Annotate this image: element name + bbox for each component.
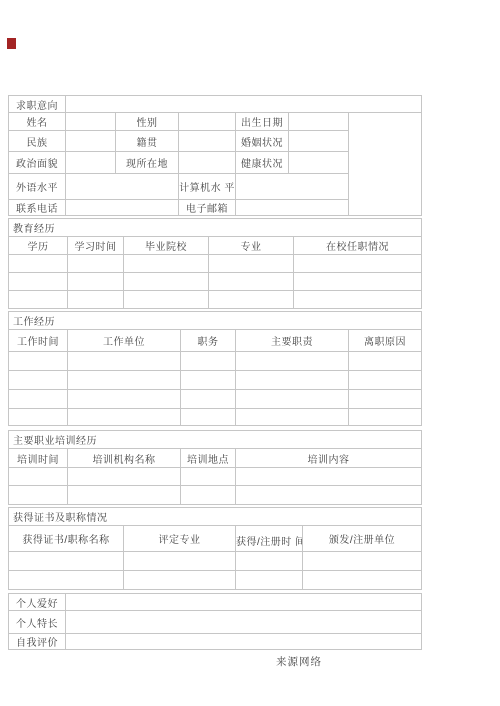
empty-cell	[68, 255, 124, 273]
hobby-value-cell	[66, 594, 422, 611]
red-marker	[7, 38, 16, 49]
table-row: 姓名 性别 出生日期	[9, 113, 422, 131]
training-location-header: 培训地点	[181, 449, 236, 468]
table-row	[9, 486, 422, 505]
empty-cell	[294, 255, 422, 273]
empty-cell	[124, 273, 209, 291]
table-row: 获得证书/职称名称 评定专业 获得/注册时 间 颁发/注册单位	[9, 526, 422, 552]
empty-cell	[68, 371, 181, 390]
table-row	[9, 255, 422, 273]
hobby-label: 个人爱好	[9, 594, 66, 611]
photo-cell	[349, 113, 422, 216]
issuing-unit-header: 颁发/注册单位	[303, 526, 422, 552]
empty-cell	[124, 291, 209, 309]
email-value-cell	[236, 200, 349, 216]
education-level-header: 学历	[9, 237, 68, 255]
table-row: 学历 学习时间 毕业院校 专业 在校任职情况	[9, 237, 422, 255]
computer-level-value-cell	[236, 174, 349, 200]
table-row	[9, 273, 422, 291]
marital-status-value-cell	[289, 131, 349, 152]
phone-value-cell	[66, 200, 179, 216]
resume-form-page: 求职意向 姓名 性别 出生日期 民族 籍贯 婚姻状况 政治面貌 现所在地 健康状…	[0, 0, 500, 706]
table-row: 个人特长	[9, 611, 422, 634]
gender-value-cell	[179, 113, 236, 131]
empty-cell	[303, 552, 422, 571]
self-evaluation-value-cell	[66, 634, 422, 650]
certificate-name-header: 获得证书/职称名称	[9, 526, 124, 552]
table-row	[9, 390, 422, 409]
position-header: 职务	[181, 330, 236, 352]
table-row	[9, 352, 422, 371]
birth-date-label: 出生日期	[236, 113, 289, 131]
specialty-label: 个人特长	[9, 611, 66, 634]
ethnicity-value-cell	[66, 131, 116, 152]
empty-cell	[9, 255, 68, 273]
specialty-value-cell	[66, 611, 422, 634]
ethnicity-label: 民族	[9, 131, 66, 152]
empty-cell	[236, 371, 349, 390]
empty-cell	[303, 571, 422, 590]
email-label: 电子邮箱	[179, 200, 236, 216]
personal-info-table: 求职意向 姓名 性别 出生日期 民族 籍贯 婚姻状况 政治面貌 现所在地 健康状…	[8, 95, 422, 216]
certificates-section-title: 获得证书及职称情况	[9, 508, 422, 526]
foreign-language-value-cell	[66, 174, 179, 200]
empty-cell	[9, 552, 124, 571]
native-place-value-cell	[179, 131, 236, 152]
self-evaluation-label: 自我评价	[9, 634, 66, 650]
empty-cell	[236, 571, 303, 590]
job-intention-label: 求职意向	[9, 96, 66, 113]
empty-cell	[68, 468, 181, 486]
empty-cell	[9, 486, 68, 505]
gender-label: 性别	[116, 113, 179, 131]
empty-cell	[68, 273, 124, 291]
school-header: 毕业院校	[124, 237, 209, 255]
empty-cell	[236, 486, 422, 505]
table-row: 工作时间 工作单位 职务 主要职责 离职原因	[9, 330, 422, 352]
job-intention-value-cell	[66, 96, 422, 113]
empty-cell	[181, 409, 236, 426]
work-period-header: 工作时间	[9, 330, 68, 352]
foreign-language-label: 外语水平	[9, 174, 66, 200]
empty-cell	[9, 571, 124, 590]
empty-cell	[181, 468, 236, 486]
empty-cell	[209, 255, 294, 273]
empty-cell	[181, 352, 236, 371]
table-row	[9, 371, 422, 390]
training-content-header: 培训内容	[236, 449, 422, 468]
empty-cell	[9, 390, 68, 409]
empty-cell	[294, 273, 422, 291]
table-row: 求职意向	[9, 96, 422, 113]
table-row: 自我评价	[9, 634, 422, 650]
current-location-label: 现所在地	[116, 152, 179, 174]
empty-cell	[68, 409, 181, 426]
work-unit-header: 工作单位	[68, 330, 181, 352]
major-header: 专业	[209, 237, 294, 255]
empty-cell	[349, 352, 422, 371]
education-section-title: 教育经历	[9, 219, 422, 237]
personal-extra-table: 个人爱好 个人特长 自我评价	[8, 593, 422, 650]
table-row	[9, 409, 422, 426]
certificates-table: 获得证书及职称情况 获得证书/职称名称 评定专业 获得/注册时 间 颁发/注册单…	[8, 507, 422, 590]
training-table: 主要职业培训经历 培训时间 培训机构名称 培训地点 培训内容	[8, 430, 422, 505]
empty-cell	[294, 291, 422, 309]
empty-cell	[9, 273, 68, 291]
empty-cell	[9, 371, 68, 390]
empty-cell	[181, 486, 236, 505]
work-section-title: 工作经历	[9, 312, 422, 330]
marital-status-label: 婚姻状况	[236, 131, 289, 152]
table-row: 培训时间 培训机构名称 培训地点 培训内容	[9, 449, 422, 468]
empty-cell	[124, 255, 209, 273]
native-place-label: 籍贯	[116, 131, 179, 152]
empty-cell	[9, 409, 68, 426]
empty-cell	[9, 468, 68, 486]
empty-cell	[349, 390, 422, 409]
obtained-date-header: 获得/注册时 间	[236, 526, 303, 552]
training-period-header: 培训时间	[9, 449, 68, 468]
table-row: 工作经历	[9, 312, 422, 330]
table-row: 主要职业培训经历	[9, 431, 422, 449]
empty-cell	[124, 552, 236, 571]
empty-cell	[236, 552, 303, 571]
table-row	[9, 291, 422, 309]
phone-label: 联系电话	[9, 200, 66, 216]
empty-cell	[349, 371, 422, 390]
empty-cell	[236, 352, 349, 371]
birth-date-value-cell	[289, 113, 349, 131]
training-institution-header: 培训机构名称	[68, 449, 181, 468]
empty-cell	[68, 291, 124, 309]
empty-cell	[9, 291, 68, 309]
empty-cell	[209, 273, 294, 291]
table-row: 获得证书及职称情况	[9, 508, 422, 526]
study-period-header: 学习时间	[68, 237, 124, 255]
empty-cell	[68, 390, 181, 409]
empty-cell	[236, 468, 422, 486]
empty-cell	[68, 352, 181, 371]
leaving-reason-header: 离职原因	[349, 330, 422, 352]
education-table: 教育经历 学历 学习时间 毕业院校 专业 在校任职情况	[8, 218, 422, 309]
empty-cell	[68, 486, 181, 505]
empty-cell	[349, 409, 422, 426]
work-experience-table: 工作经历 工作时间 工作单位 职务 主要职责 离职原因	[8, 311, 422, 426]
empty-cell	[236, 390, 349, 409]
name-value-cell	[66, 113, 116, 131]
political-status-value-cell	[66, 152, 116, 174]
assessed-major-header: 评定专业	[124, 526, 236, 552]
health-status-label: 健康状况	[236, 152, 289, 174]
school-position-header: 在校任职情况	[294, 237, 422, 255]
responsibilities-header: 主要职责	[236, 330, 349, 352]
health-status-value-cell	[289, 152, 349, 174]
table-row	[9, 468, 422, 486]
table-row: 教育经历	[9, 219, 422, 237]
political-status-label: 政治面貌	[9, 152, 66, 174]
training-section-title: 主要职业培训经历	[9, 431, 422, 449]
empty-cell	[124, 571, 236, 590]
empty-cell	[209, 291, 294, 309]
source-caption: 来源网络	[276, 654, 322, 669]
name-label: 姓名	[9, 113, 66, 131]
table-row: 个人爱好	[9, 594, 422, 611]
empty-cell	[181, 371, 236, 390]
table-row	[9, 571, 422, 590]
empty-cell	[236, 409, 349, 426]
empty-cell	[181, 390, 236, 409]
current-location-value-cell	[179, 152, 236, 174]
empty-cell	[9, 352, 68, 371]
table-row	[9, 552, 422, 571]
computer-level-label: 计算机水 平	[179, 174, 236, 200]
